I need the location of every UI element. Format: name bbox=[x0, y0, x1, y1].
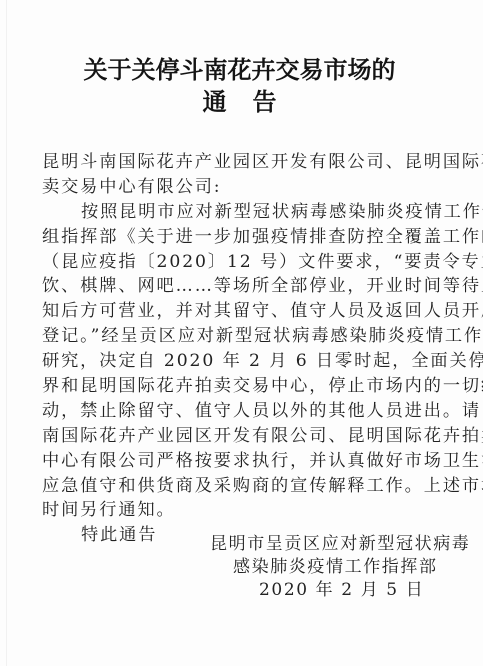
notice-body: 昆明斗南国际花卉产业园区开发有限公司、昆明国际花卉拍 卖交易中心有限公司: 按照… bbox=[42, 150, 418, 548]
body-line: 饮、棋牌、网吧……等场所全部停业，开业时间等待上级通 bbox=[42, 274, 418, 299]
body-line: 登记。”经呈贡区应对新型冠状病毒感染肺炎疫情工作指挥部 bbox=[42, 324, 418, 349]
signature-date: 2020 年 2 月 5 日 bbox=[259, 579, 424, 602]
notice-title-line2: 通告 bbox=[0, 86, 481, 118]
body-line: 研究，决定自 2020 年 2 月 6 日零时起，全面关停斗南花花世 bbox=[42, 349, 418, 374]
body-line: （昆应疫指〔2020〕12 号）文件要求，“要责令专业市场、餐 bbox=[42, 250, 418, 275]
body-line: 时间另行通知。 bbox=[42, 498, 418, 523]
notice-title-line1: 关于关停斗南花卉交易市场的 bbox=[0, 54, 481, 86]
body-line: 组指挥部《关于进一步加强疫情排查防控全覆盖工作的通知》 bbox=[42, 225, 418, 250]
body-line: 知后方可营业，并对其留守、值守人员及返回人员开展排查 bbox=[42, 299, 418, 324]
addressee-line: 昆明斗南国际花卉产业园区开发有限公司、昆明国际花卉拍 bbox=[42, 150, 418, 175]
signature-issuer-line2: 感染肺炎疫情工作指挥部 bbox=[233, 556, 438, 579]
signature-issuer-line1: 昆明市呈贡区应对新型冠状病毒 bbox=[210, 533, 470, 556]
addressee-line: 卖交易中心有限公司: bbox=[42, 175, 418, 200]
body-line: 中心有限公司严格按要求执行，并认真做好市场卫生消毒、 bbox=[42, 449, 418, 474]
body-line: 南国际花卉产业园区开发有限公司、昆明国际花卉拍卖交易 bbox=[42, 424, 418, 449]
document-page: 关于关停斗南花卉交易市场的 通告 昆明斗南国际花卉产业园区开发有限公司、昆明国际… bbox=[0, 0, 483, 666]
body-line: 界和昆明国际花卉拍卖交易中心，停止市场内的一切经营活 bbox=[42, 374, 418, 399]
body-line: 动，禁止除留守、值守人员以外的其他人员进出。请昆明斗 bbox=[42, 399, 418, 424]
body-line: 按照昆明市应对新型冠状病毒感染肺炎疫情工作领导小 bbox=[42, 200, 418, 225]
body-line: 应急值守和供货商及采购商的宣传解释工作。上述市场开业 bbox=[42, 474, 418, 499]
